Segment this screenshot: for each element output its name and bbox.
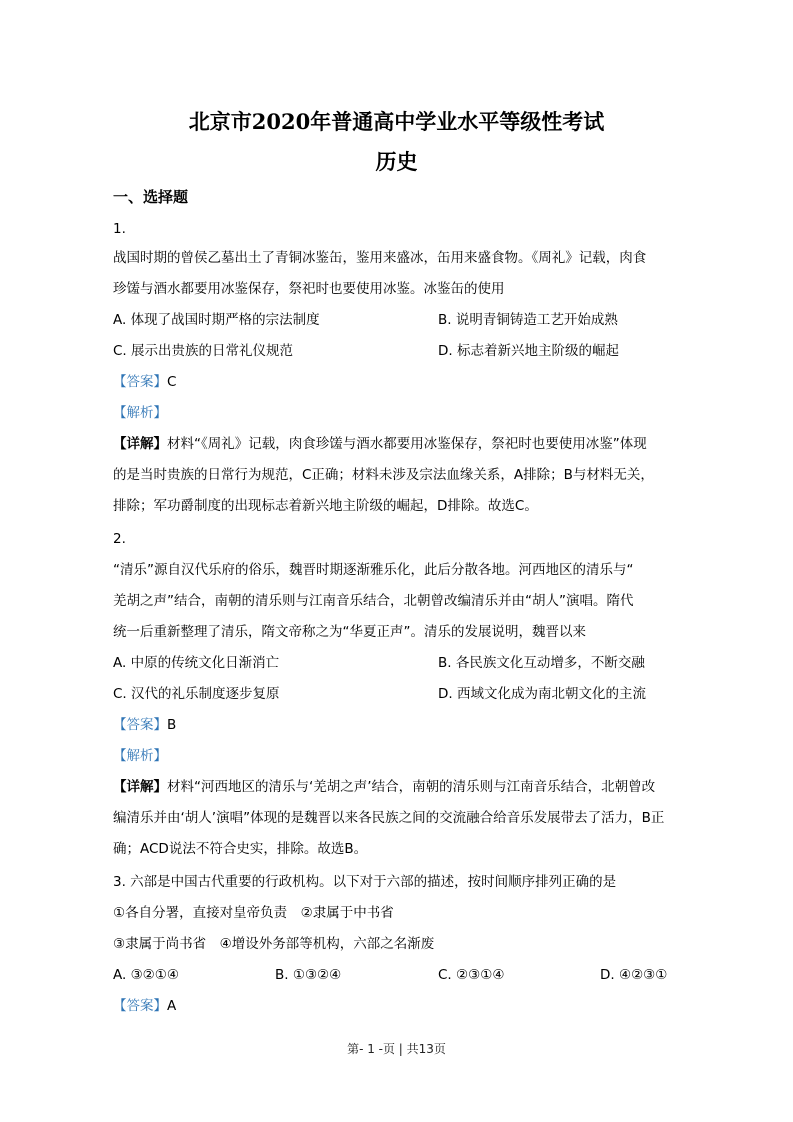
subject-title: 历史 (0, 146, 793, 176)
analysis-label: 【解析】 (113, 404, 167, 422)
option-c: C. 展示出贵族的日常礼仪规范 (113, 342, 293, 360)
option-b: B. ①③②④ (275, 966, 341, 984)
option-a: A. 体现了战国时期严格的宗法制度 (113, 311, 320, 329)
question-number: 2. (113, 530, 126, 548)
section-heading: 一、选择题 (113, 186, 188, 207)
answer-value: C (167, 374, 176, 390)
question-number: 1. (113, 220, 126, 238)
question-stem-line: 珍馐与酒水都要用冰鉴保存，祭祀时也要使用冰鉴。冰鉴缶的使用 (113, 280, 505, 298)
detail-label: 【详解】 (113, 436, 167, 452)
option-a: A. 中原的传统文化日渐消亡 (113, 654, 279, 672)
answer-row: 【答案】A (113, 997, 176, 1015)
option-d: D. ④②③① (600, 966, 667, 984)
document-page: 北京市2020年普通高中学业水平等级性考试 历史 一、选择题 1. 战国时期的曾… (0, 0, 793, 1122)
detail-line: 编清乐并由‘胡人’演唱”体现的是魏晋以来各民族之间的交流融合给音乐发展带去了活力… (113, 809, 664, 827)
analysis-label: 【解析】 (113, 747, 167, 765)
option-c: C. 汉代的礼乐制度逐步复原 (113, 685, 280, 703)
detail-line: 【详解】材料“河西地区的清乐与‘羌胡之声’结合，南朝的清乐则与江南音乐结合，北朝… (113, 778, 655, 796)
answer-value: A (167, 998, 176, 1014)
option-b: B. 说明青铜铸造工艺开始成熟 (438, 311, 618, 329)
detail-line: 确；ACD说法不符合史实，排除。故选B。 (113, 840, 367, 858)
detail-label: 【详解】 (113, 779, 167, 795)
detail-line: 的是当时贵族的日常行为规范，C正确；材料未涉及宗法血缘关系，A排除；B与材料无关… (113, 466, 654, 484)
question-stem-line: ①各自分署，直接对皇帝负责 ②隶属于中书省 (113, 904, 394, 922)
question-stem-line: 战国时期的曾侯乙墓出土了青铜冰鉴缶，鉴用来盛冰，缶用来盛食物。《周礼》记载，肉食 (113, 249, 646, 267)
detail-line: 【详解】材料“《周礼》记载，肉食珍馐与酒水都要用冰鉴保存，祭祀时也要使用冰鉴”体… (113, 435, 647, 453)
option-d: D. 标志着新兴地主阶级的崛起 (438, 342, 619, 360)
question-stem-line: ③隶属于尚书省 ④增设外务部等机构，六部之名渐废 (113, 935, 434, 953)
option-b: B. 各民族文化互动增多，不断交融 (438, 654, 645, 672)
page-footer: 第- 1 -页 | 共13页 (0, 1040, 793, 1057)
detail-line: 排除；军功爵制度的出现标志着新兴地主阶级的崛起，D排除。故选C。 (113, 497, 538, 515)
answer-row: 【答案】C (113, 373, 176, 391)
answer-label: 【答案】 (113, 717, 167, 733)
question-stem-line: 统一后重新整理了清乐，隋文帝称之为“华夏正声”。清乐的发展说明，魏晋以来 (113, 623, 586, 641)
answer-label: 【答案】 (113, 374, 167, 390)
question-stem-line: “清乐”源自汉代乐府的俗乐，魏晋时期逐渐雅乐化，此后分散各地。河西地区的清乐与“ (113, 561, 633, 579)
option-a: A. ③②①④ (113, 966, 179, 984)
question-stem-line: 3. 六部是中国古代重要的行政机构。以下对于六部的描述，按时间顺序排列正确的是 (113, 873, 616, 891)
answer-row: 【答案】B (113, 716, 176, 734)
option-d: D. 西域文化成为南北朝文化的主流 (438, 685, 646, 703)
option-c: C. ②③①④ (438, 966, 504, 984)
answer-label: 【答案】 (113, 998, 167, 1014)
exam-title: 北京市2020年普通高中学业水平等级性考试 (0, 106, 793, 136)
answer-value: B (167, 717, 176, 733)
question-stem-line: 羌胡之声”结合，南朝的清乐则与江南音乐结合，北朝曾改编清乐并由“胡人”演唱。隋代 (113, 592, 633, 610)
